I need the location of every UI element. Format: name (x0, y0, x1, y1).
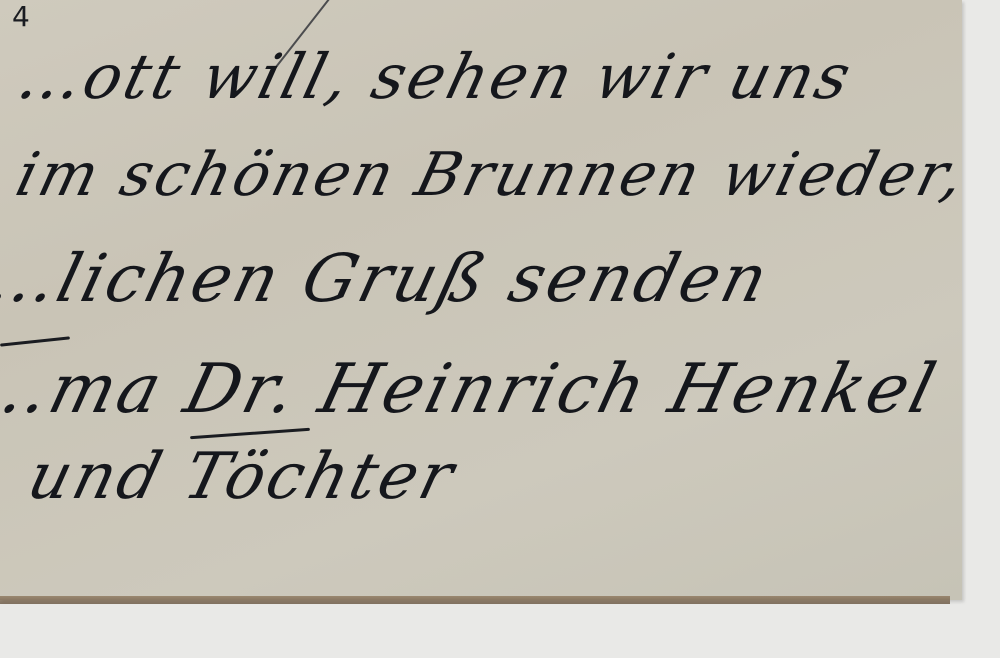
underline-stroke (190, 428, 310, 439)
letter-paper: 4 …ott will, sehen wir uns im schönen Br… (0, 0, 962, 600)
handwritten-line-5: und Töchter (21, 440, 464, 514)
paper-edge (0, 596, 950, 604)
handwritten-line-1: …ott will, sehen wir uns (11, 40, 861, 113)
underline-stroke (0, 336, 70, 346)
handwritten-line-2: im schönen Brunnen wieder, (9, 140, 974, 210)
corner-mark: 4 (12, 0, 30, 33)
handwritten-signature: …ma Dr. Heinrich Henkel (0, 350, 946, 429)
handwritten-line-3: …lichen Gruß senden (0, 240, 778, 317)
